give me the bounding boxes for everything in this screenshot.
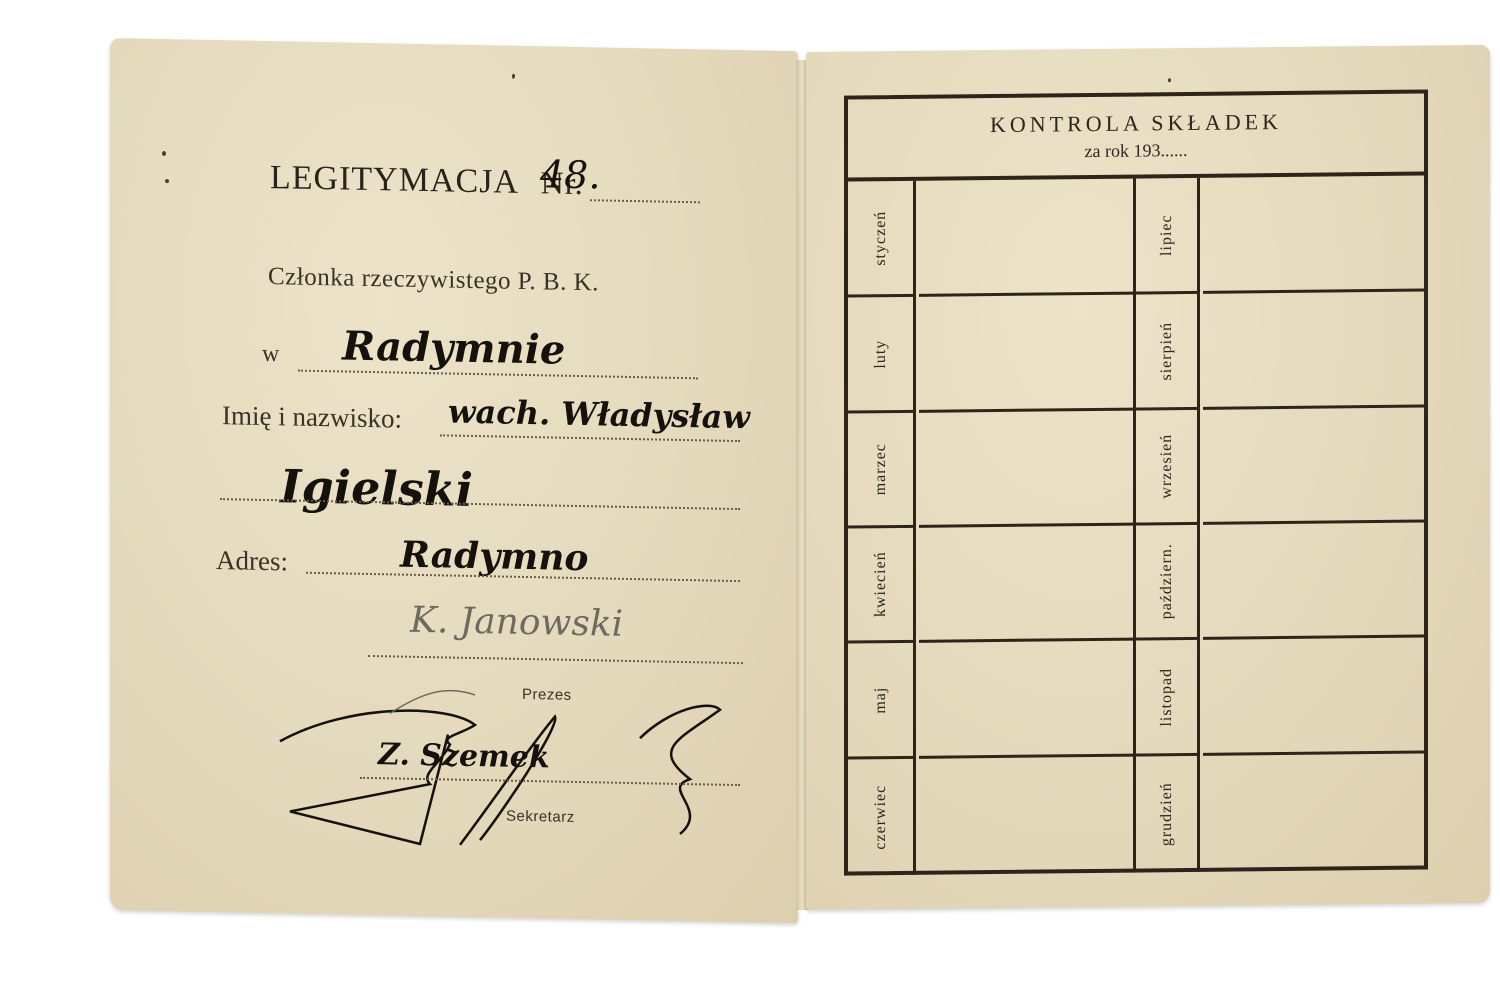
month-label: październ. [1158,543,1176,619]
number-dotted-line [590,199,700,203]
entry-cell[interactable] [919,411,1133,528]
entry-column-left [919,179,1133,875]
entry-cell[interactable] [1203,408,1424,525]
month-cell-czerwiec: czerwiec [848,759,916,876]
location-value: Radymnie [342,322,565,373]
month-cell-listopad: listopad [1136,640,1200,757]
month-label: lipiec [1158,214,1176,256]
month-cell-luty: luty [848,297,916,414]
name-label: Imię i nazwisko: [222,400,402,434]
dues-title: KONTROLA SKŁADEK [848,108,1424,140]
address-value: Radymno [400,534,588,580]
name-value-line2: Igielski [280,459,473,517]
dues-table-frame: KONTROLA SKŁADEK za rok 193...... stycze… [844,89,1428,875]
entry-cell[interactable] [1203,292,1424,410]
month-cell-lipiec: lipiec [1136,178,1200,295]
secretary-signature: Z. Szemek [378,737,550,775]
card-title: LEGITYMACJA Nr. [270,159,584,203]
name-dotted-line-1 [440,434,740,442]
entry-cell[interactable] [1203,638,1424,756]
entry-cell[interactable] [1203,176,1424,294]
dues-year: za rok 193...... [848,138,1424,165]
entry-cell[interactable] [1203,523,1424,640]
month-label: listopad [1158,667,1176,726]
month-cell-pazdziernik: październ. [1136,525,1200,641]
card-number: 48. [540,152,600,197]
name-value-line1: wach. Władysław [448,392,750,436]
entry-column-right [1203,176,1424,872]
dues-grid: styczeń luty marzec kwiecień maj czerwie… [848,172,1424,876]
entry-cell[interactable] [919,179,1133,297]
month-cell-kwiecien: kwiecień [848,528,916,644]
stain [162,151,166,156]
month-cell-maj: maj [848,643,916,760]
month-cell-wrzesien: wrzesień [1136,410,1200,526]
left-page: LEGITYMACJA Nr. 48. Członka rzeczywisteg… [110,38,798,923]
month-label: wrzesień [1158,434,1176,499]
month-cell-grudzien: grudzień [1136,756,1200,873]
month-label: luty [872,339,890,368]
stain [512,74,515,79]
entry-cell[interactable] [919,295,1133,413]
title-text: LEGITYMACJA [270,159,517,201]
president-signature: K. Janowski [410,600,623,645]
entry-cell[interactable] [919,526,1133,643]
month-label: marzec [872,443,890,495]
month-label: sierpień [1158,321,1176,380]
month-label: czerwiec [872,785,890,850]
stain [1168,78,1171,82]
address-label: Adres: [216,545,288,577]
month-label: maj [872,686,890,713]
month-cell-styczen: styczeń [848,181,916,298]
month-cell-sierpien: sierpień [1136,294,1200,411]
location-prefix: w [262,341,279,368]
right-page: KONTROLA SKŁADEK za rok 193...... stycze… [806,45,1490,910]
stain [165,179,169,183]
month-column-right: lipiec sierpień wrzesień październ. list… [1136,178,1200,873]
month-label: kwiecień [872,551,890,617]
secretary-label: Sekretarz [506,808,575,826]
president-dotted-line [368,655,743,664]
membership-line: Członka rzeczywistego P. B. K. [268,263,599,297]
month-column-left: styczeń luty marzec kwiecień maj czerwie… [848,181,916,876]
month-label: grudzień [1158,782,1176,846]
month-cell-marzec: marzec [848,413,916,529]
month-label: styczeń [872,210,890,265]
entry-cell[interactable] [919,641,1133,759]
